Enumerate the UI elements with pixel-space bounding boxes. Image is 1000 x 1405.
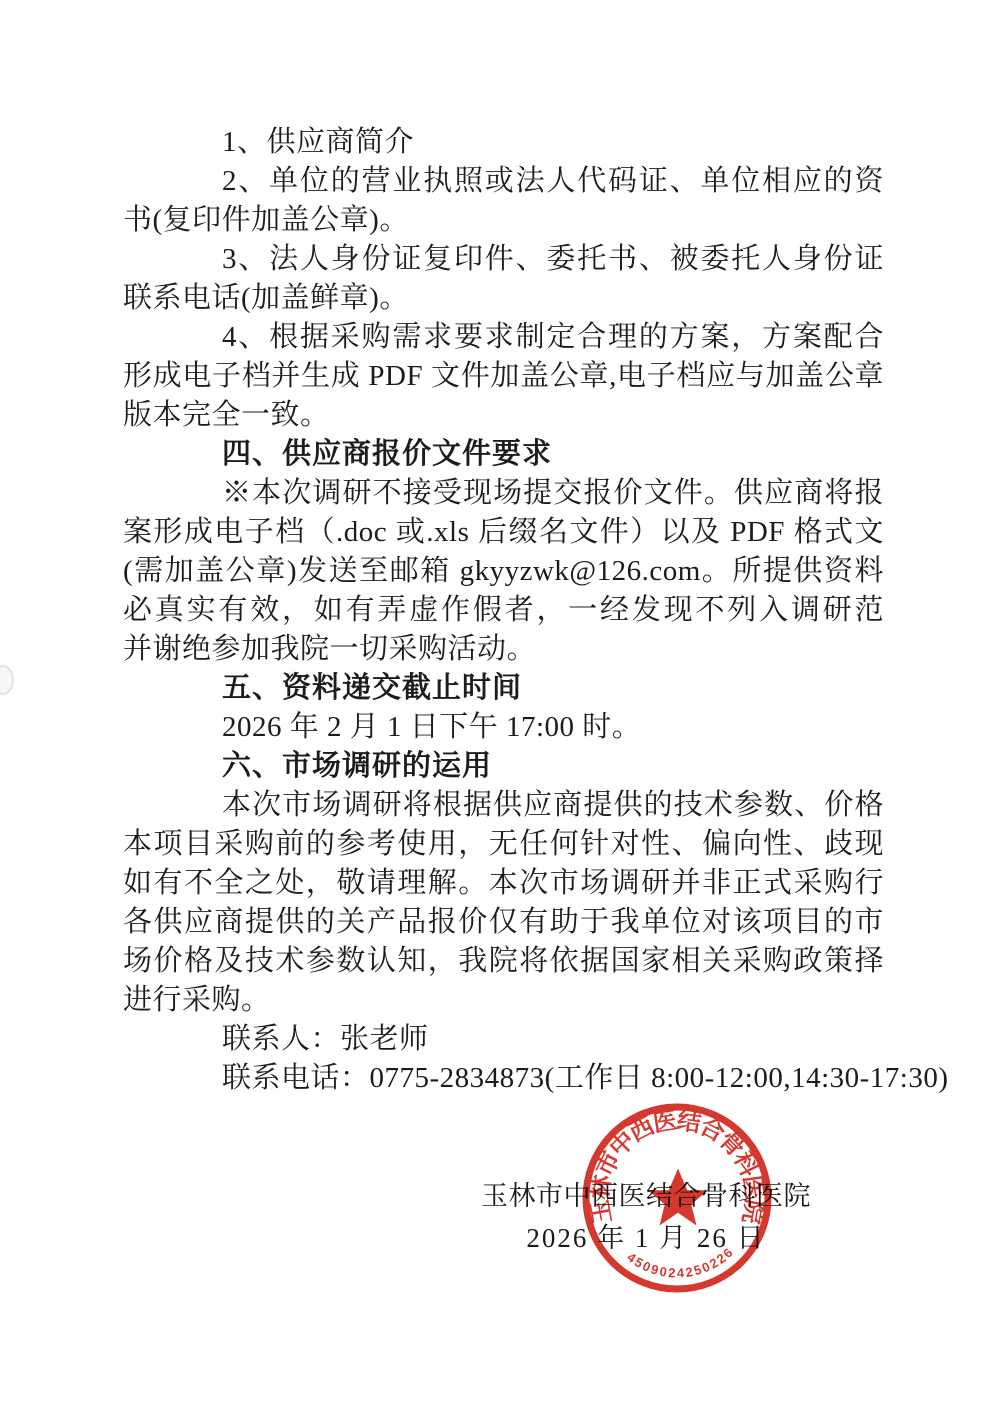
text-line: 四、供应商报价文件要求 — [123, 435, 884, 474]
text-line: 1、供应商简介 — [123, 123, 884, 162]
text-line: 案形成电子档（.doc 或.xls 后缀名文件）以及 PDF 格式文件 — [123, 513, 884, 552]
text-line: 各供应商提供的关产品报价仅有助于我单位对该项目的市 — [123, 903, 884, 942]
document-body: 1、供应商简介2、单位的营业执照或法人代码证、单位相应的资质证书(复印件加盖公章… — [123, 123, 884, 1098]
text-line: 书(复印件加盖公章)。 — [123, 201, 884, 240]
text-line: 联系电话(加盖鲜章)。 — [123, 279, 884, 318]
text-line: 形成电子档并生成 PDF 文件加盖公章,电子档应与加盖公章 — [123, 357, 884, 396]
text-line: 3、法人身份证复印件、委托书、被委托人身份证复印、 — [123, 240, 884, 279]
text-line: ※本次调研不接受现场提交报价文件。供应商将报价方 — [123, 474, 884, 513]
text-line: 版本完全一致。 — [123, 396, 884, 435]
text-line: 必真实有效，如有弄虚作假者，一经发现不列入调研范畴， — [123, 591, 884, 630]
text-line: 联系人：张老师 — [123, 1020, 884, 1059]
text-line: 如有不全之处，敬请理解。本次市场调研并非正式采购行为， — [123, 864, 884, 903]
text-line: 并谢绝参加我院一切采购活动。 — [123, 630, 884, 669]
text-line: (需加盖公章)发送至邮箱 gkyyzwk@126.com。所提供资料务 — [123, 552, 884, 591]
text-line: 六、市场调研的运用 — [123, 747, 884, 786]
text-line: 五、资料递交截止时间 — [123, 669, 884, 708]
text-line: 场价格及技术参数认知，我院将依据国家相关采购政策择期 — [123, 942, 884, 981]
text-line: 本次市场调研将根据供应商提供的技术参数、价格作为 — [123, 786, 884, 825]
star-icon — [648, 1169, 708, 1226]
text-line: 2、单位的营业执照或法人代码证、单位相应的资质证 — [123, 162, 884, 201]
text-line: 4、根据采购需求要求制定合理的方案，方案配合报价 — [123, 318, 884, 357]
text-line: 进行采购。 — [123, 981, 884, 1020]
official-seal-stamp: 玉林市中西医结合骨科医院 4509024250226 — [572, 1093, 782, 1303]
document-page: 1、供应商简介2、单位的营业执照或法人代码证、单位相应的资质证书(复印件加盖公章… — [0, 0, 1000, 1405]
text-line: 本项目采购前的参考使用，无任何针对性、偏向性、歧现性， — [123, 825, 884, 864]
text-line: 2026 年 2 月 1 日下午 17:00 时。 — [123, 708, 884, 747]
scan-artifact — [0, 665, 14, 695]
